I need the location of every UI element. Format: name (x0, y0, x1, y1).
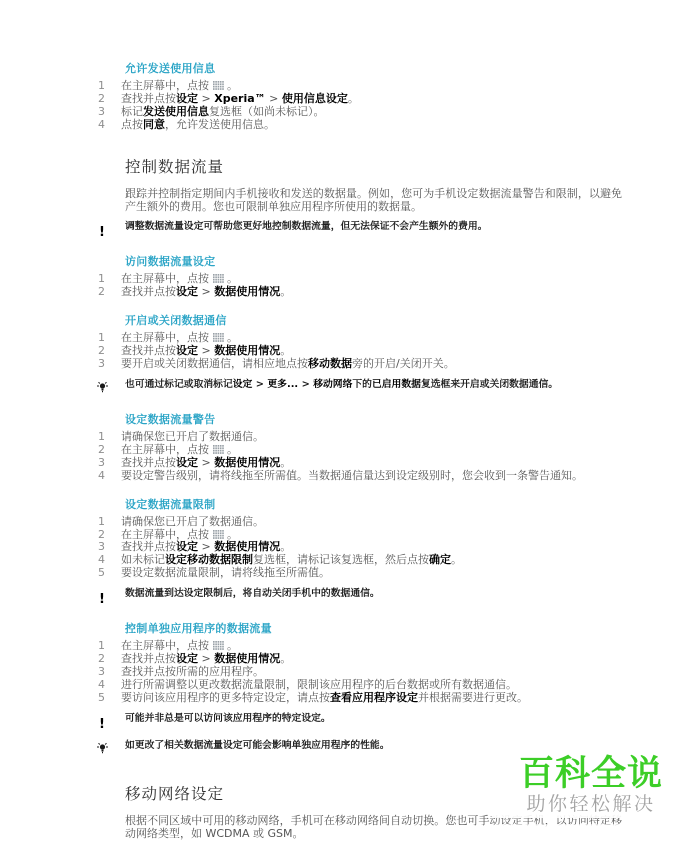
step-number: 5 (96, 567, 121, 580)
ui-term: 设定 (176, 456, 198, 469)
ui-term: 设定 (233, 379, 253, 390)
text-run: 。 (227, 639, 238, 652)
step-list: 1请确保您已开启了数据通信。2在主屏幕中，点按 。3查找并点按设定 > 数据使用… (96, 516, 632, 581)
section-title: 控制数据流量 (125, 158, 632, 176)
note-text: 也可通过标记或取消标记设定 > 更多... > 移动网络下的已启用数据复选框来开… (125, 379, 558, 398)
ui-term: 设定移动数据限制 (165, 553, 253, 566)
ui-term: 设定 (176, 652, 198, 665)
topic-heading: 访问数据流量设定 (125, 255, 632, 268)
manual-page: 允许发送使用信息1在主屏幕中，点按 。2查找并点按设定 > Xperia™ > … (0, 0, 692, 856)
app-grid-icon (213, 333, 224, 342)
text-run: 如未标记 (121, 553, 165, 566)
tip-bulb-icon (96, 740, 109, 759)
step-list: 1在主屏幕中，点按 。2查找并点按设定 > Xperia™ > 使用信息设定。3… (96, 80, 632, 132)
ui-term: 数据使用情况 (214, 285, 280, 298)
text-run: 访问数据流量设定 (125, 255, 215, 268)
step-text: 查找并点按设定 > 数据使用情况。 (121, 286, 291, 299)
text-run: 设定数据流量限制 (125, 498, 215, 511)
text-run: 控制单独应用程序的数据流量 (125, 622, 272, 635)
text-run: 标记 (121, 105, 143, 118)
step-number: 4 (96, 119, 121, 132)
topic-heading: 允许发送使用信息 (125, 62, 632, 75)
step-item: 2查找并点按设定 > 数据使用情况。 (96, 286, 632, 299)
step-number: 2 (96, 444, 121, 457)
app-grid-icon (213, 274, 224, 283)
ui-term: 确定 (429, 553, 451, 566)
text-run: 要开启或关闭数据通信，请相应地点按 (121, 357, 308, 370)
text-run: > (252, 379, 267, 390)
ui-term: 已启用数据 (372, 379, 421, 390)
text-run: > (198, 92, 214, 105)
step-number: 5 (96, 692, 121, 705)
text-run: 。 (280, 456, 291, 469)
text-run: 可能并非总是可以访问该应用程序的特定设定。 (125, 713, 331, 724)
step-number: 1 (96, 80, 121, 93)
important-note: ! 数据流量到达设定限制后，将自动关闭手机中的数据通信。 (96, 588, 632, 607)
ui-term: 同意 (143, 118, 165, 131)
important-note: ! 可能并非总是可以访问该应用程序的特定设定。 (96, 713, 632, 732)
text-run: 查找并点按所需的应用程序。 (121, 665, 264, 678)
ui-term: 设定 (176, 344, 198, 357)
ui-term: 数据使用情况 (214, 652, 280, 665)
step-number: 3 (96, 358, 121, 371)
text-run: 移动网络设定 (125, 785, 224, 803)
step-number: 2 (96, 286, 121, 299)
topic-heading: 设定数据流量限制 (125, 498, 632, 511)
step-item: 5要设定数据流量限制，请将线拖至所需值。 (96, 567, 632, 580)
app-grid-icon (213, 530, 224, 539)
body-paragraph: 跟踪并控制指定期间内手机接收和发送的数据量。例如，您可为手机设定数据流量警告和限… (125, 188, 622, 214)
text-run: 查找并点按 (121, 92, 176, 105)
text-run: 并根据需要进行更改。 (418, 691, 528, 704)
ui-term: 设定 (176, 285, 198, 298)
topic-heading: 设定数据流量警告 (125, 413, 632, 426)
step-item: 5要访问该应用程序的更多特定设定，请点按查看应用程序设定并根据需要进行更改。 (96, 692, 632, 705)
step-list: 1在主屏幕中，点按 。2查找并点按设定 > 数据使用情况。3要开启或关闭数据通信… (96, 332, 632, 371)
ui-term: 移动数据 (308, 357, 352, 370)
text-run: 请确保您已开启了数据通信。 (121, 515, 264, 528)
text-run: 在主屏幕中，点按 (121, 443, 213, 456)
watermark-title: 百科全说 (492, 755, 690, 793)
important-exclamation-icon: ! (96, 594, 105, 605)
text-run: 。 (280, 540, 291, 553)
step-text: 要设定数据流量限制，请将线拖至所需值。 (121, 567, 330, 580)
text-run: 如更改了相关数据流量设定可能会影响单独应用程序的性能。 (125, 740, 390, 751)
step-number: 4 (96, 679, 121, 692)
step-text: 要设定警告级别，请将线拖至所需值。当数据通信量达到设定级别时，您会收到一条警告通… (121, 470, 583, 483)
step-number: 3 (96, 666, 121, 679)
tip-note: 也可通过标记或取消标记设定 > 更多... > 移动网络下的已启用数据复选框来开… (96, 379, 632, 398)
text-run: 数据流量到达设定限制后，将自动关闭手机中的数据通信。 (125, 588, 380, 599)
ui-term: 设定 (176, 92, 198, 105)
text-run: 允许发送使用信息 (125, 62, 215, 75)
text-run: ，允许发送使用信息。 (165, 118, 275, 131)
text-run: 。 (227, 528, 238, 541)
text-run: > (198, 652, 214, 665)
text-run: 。 (348, 92, 359, 105)
step-text: 点按同意，允许发送使用信息。 (121, 119, 275, 132)
topic-heading: 开启或关闭数据通信 (125, 314, 632, 327)
text-run: 也可通过标记或取消标记 (125, 379, 233, 390)
text-run: 查找并点按 (121, 652, 176, 665)
ui-term: 数据使用情况 (214, 540, 280, 553)
text-run: 在主屏幕中，点按 (121, 272, 213, 285)
text-run: 要设定数据流量限制，请将线拖至所需值。 (121, 566, 330, 579)
text-run: 复选框，请标记该复选框，然后点按 (253, 553, 429, 566)
text-run: 要设定警告级别，请将线拖至所需值。当数据通信量达到设定级别时，您会收到一条警告通… (121, 469, 583, 482)
text-run: 。 (227, 443, 238, 456)
step-list: 1在主屏幕中，点按 。2查找并点按设定 > 数据使用情况。3查找并点按所需的应用… (96, 640, 632, 705)
note-icon-gutter (96, 379, 125, 398)
step-number: 3 (96, 457, 121, 470)
text-run: > (198, 285, 214, 298)
note-icon-gutter: ! (96, 713, 125, 732)
text-run: 查找并点按 (121, 285, 176, 298)
ui-term: 设定 (176, 540, 198, 553)
watermark-fade (497, 824, 627, 841)
note-text: 可能并非总是可以访问该应用程序的特定设定。 (125, 713, 331, 732)
step-text: 要访问该应用程序的更多特定设定，请点按查看应用程序设定并根据需要进行更改。 (121, 692, 528, 705)
text-run: > (198, 344, 214, 357)
step-list: 1在主屏幕中，点按 。2查找并点按设定 > 数据使用情况。 (96, 273, 632, 299)
text-run: 在主屏幕中，点按 (121, 331, 213, 344)
text-run: 查找并点按 (121, 456, 176, 469)
step-number: 1 (96, 431, 121, 444)
text-run: 复选框来开启或关闭数据通信。 (421, 379, 558, 390)
watermark-subtitle: 助你轻松解决 (492, 793, 690, 816)
step-number: 2 (96, 653, 121, 666)
text-run: > (198, 540, 214, 553)
topic-heading: 控制单独应用程序的数据流量 (125, 622, 632, 635)
text-run: 。 (280, 285, 291, 298)
step-number: 1 (96, 516, 121, 529)
step-number: 3 (96, 106, 121, 119)
text-run: 。 (227, 79, 238, 92)
text-run: 在主屏幕中，点按 (121, 528, 213, 541)
step-number: 4 (96, 470, 121, 483)
step-list: 1请确保您已开启了数据通信。2在主屏幕中，点按 。3查找并点按设定 > 数据使用… (96, 431, 632, 483)
text-run: > (298, 379, 313, 390)
app-grid-icon (213, 445, 224, 454)
ui-term: 数据使用情况 (214, 456, 280, 469)
ui-term: 更多... (267, 379, 298, 390)
note-icon-gutter (96, 740, 125, 759)
text-run: > (266, 92, 282, 105)
text-run: 进行所需调整以更改数据流量限制，限制该应用程序的后台数据或所有数据通信。 (121, 678, 517, 691)
step-item: 3要开启或关闭数据通信，请相应地点按移动数据旁的开启/关闭开关。 (96, 358, 632, 371)
step-number: 2 (96, 93, 121, 106)
note-text: 调整数据流量设定可帮助您更好地控制数据流量，但无法保证不会产生额外的费用。 (125, 221, 487, 240)
ui-term: 查看应用程序设定 (330, 691, 418, 704)
text-run: 在主屏幕中，点按 (121, 639, 213, 652)
text-run: 控制数据流量 (125, 158, 224, 176)
tip-bulb-icon (96, 379, 109, 398)
text-run: 跟踪并控制指定期间内手机接收和发送的数据量。例如，您可为手机设定数据流量警告和限… (125, 187, 622, 213)
step-item: 4要设定警告级别，请将线拖至所需值。当数据通信量达到设定级别时，您会收到一条警告… (96, 470, 632, 483)
note-text: 如更改了相关数据流量设定可能会影响单独应用程序的性能。 (125, 740, 390, 759)
text-run: 查找并点按 (121, 540, 176, 553)
text-run: 在主屏幕中，点按 (121, 79, 213, 92)
note-icon-gutter: ! (96, 588, 125, 607)
text-run: 调整数据流量设定可帮助您更好地控制数据流量，但无法保证不会产生额外的费用。 (125, 221, 487, 232)
text-run: 。 (227, 331, 238, 344)
watermark: 百科全说 助你轻松解决 (492, 751, 690, 818)
note-icon-gutter: ! (96, 221, 125, 240)
ui-term: 移动网络 (313, 379, 352, 390)
text-run: 开启或关闭数据通信 (125, 314, 227, 327)
page-content: 允许发送使用信息1在主屏幕中，点按 。2查找并点按设定 > Xperia™ > … (0, 0, 692, 840)
ui-term: 数据使用情况 (214, 344, 280, 357)
step-text: 要开启或关闭数据通信，请相应地点按移动数据旁的开启/关闭开关。 (121, 358, 455, 371)
text-run: 设定数据流量警告 (125, 413, 215, 426)
text-run: 。 (280, 344, 291, 357)
text-run: > (198, 456, 214, 469)
ui-term: Xperia™ (214, 92, 265, 105)
important-exclamation-icon: ! (96, 719, 105, 730)
ui-term: 使用信息设定 (282, 92, 348, 105)
text-run: 要访问该应用程序的更多特定设定，请点按 (121, 691, 330, 704)
ui-term: 发送使用信息 (143, 105, 209, 118)
app-grid-icon (213, 81, 224, 90)
text-run: 查找并点按 (121, 344, 176, 357)
text-run: 请确保您已开启了数据通信。 (121, 430, 264, 443)
app-grid-icon (213, 641, 224, 650)
text-run: 。 (227, 272, 238, 285)
important-note: ! 调整数据流量设定可帮助您更好地控制数据流量，但无法保证不会产生额外的费用。 (96, 221, 632, 240)
important-exclamation-icon: ! (96, 227, 105, 238)
text-run: 。 (280, 652, 291, 665)
text-run: 。 (451, 553, 462, 566)
step-item: 4点按同意，允许发送使用信息。 (96, 119, 632, 132)
text-run: 下的 (352, 379, 372, 390)
note-text: 数据流量到达设定限制后，将自动关闭手机中的数据通信。 (125, 588, 380, 607)
text-run: 复选框（如尚未标记）。 (209, 105, 325, 118)
text-run: 旁的开启/关闭开关。 (352, 357, 455, 370)
text-run: 点按 (121, 118, 143, 131)
